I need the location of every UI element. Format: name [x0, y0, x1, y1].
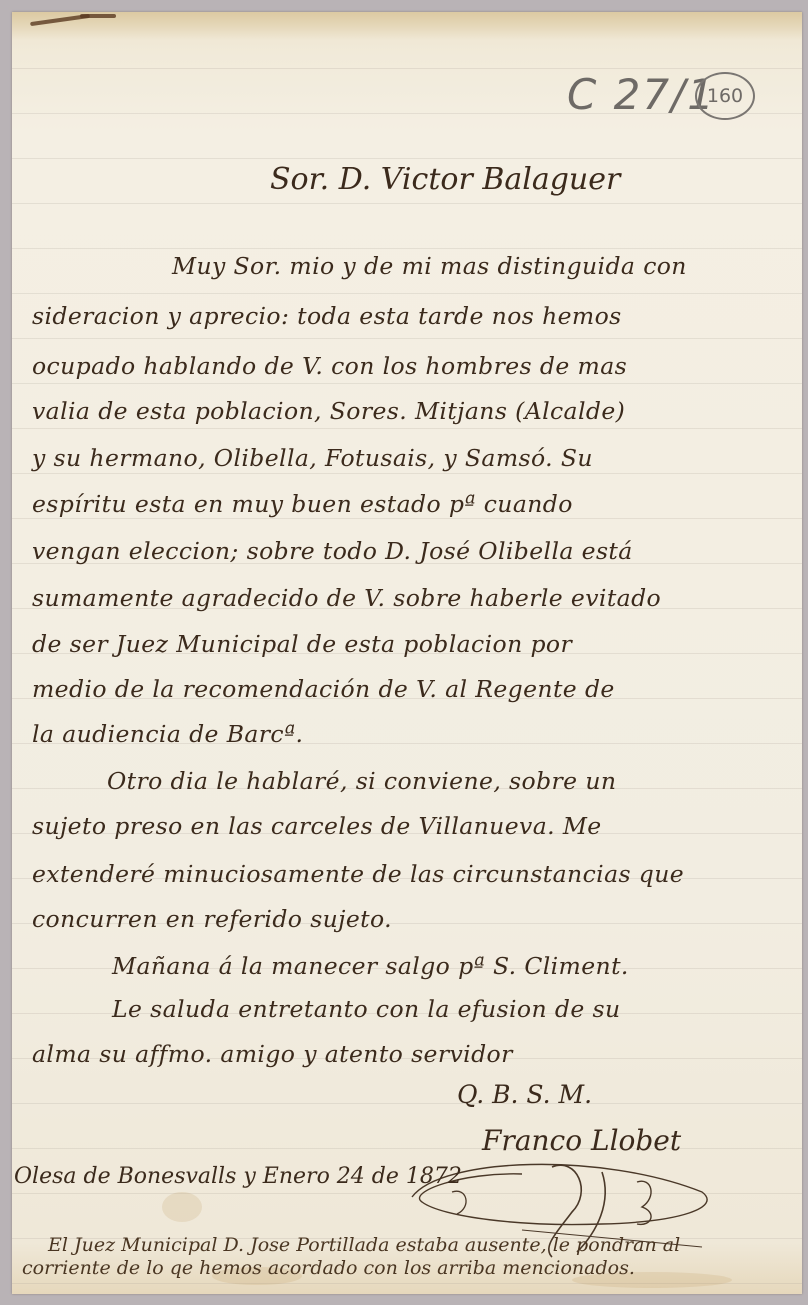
body-line: concurren en referido sujeto.	[32, 905, 392, 933]
body-line: sumamente agradecido de V. sobre haberle…	[32, 584, 661, 612]
body-line: ocupado hablando de V. con los hombres d…	[32, 352, 627, 380]
body-line: medio de la recomendación de V. al Regen…	[32, 675, 615, 703]
paper-stain	[162, 1192, 202, 1222]
body-line: de ser Juez Municipal de esta poblacion …	[32, 630, 572, 658]
paper-tear	[80, 14, 116, 18]
body-line: Mañana á la manecer salgo pª S. Climent.	[112, 952, 629, 980]
body-line: espíritu esta en muy buen estado pª cuan…	[32, 490, 573, 518]
body-line: Le saluda entretanto con la efusion de s…	[112, 995, 621, 1023]
letter-page: C 27/1 160 Sor. D. Victor Balaguer Muy S…	[12, 12, 802, 1294]
dateline: Olesa de Bonesvalls y Enero 24 de 1872	[14, 1164, 462, 1189]
postscript-line: El Juez Municipal D. Jose Portillada est…	[48, 1234, 680, 1256]
body-line: alma su affmo. amigo y atento servidor	[32, 1040, 513, 1068]
body-line: extenderé minuciosamente de las circunst…	[32, 860, 684, 888]
folio-number: 160	[695, 72, 755, 120]
body-line: Otro dia le hablaré, si conviene, sobre …	[107, 767, 616, 795]
body-line: sujeto preso en las carceles de Villanue…	[32, 812, 602, 840]
salutation: Sor. D. Victor Balaguer	[270, 162, 620, 197]
body-line: vengan eleccion; sobre todo D. José Olib…	[32, 537, 633, 565]
body-line: sideracion y aprecio: toda esta tarde no…	[32, 302, 622, 330]
body-line: Muy Sor. mio y de mi mas distinguida con	[172, 252, 687, 280]
body-line: valia de esta poblacion, Sores. Mitjans …	[32, 397, 625, 425]
body-line: y su hermano, Olibella, Fotusais, y Sams…	[32, 444, 593, 472]
body-line: la audiencia de Barcª.	[32, 720, 303, 748]
closing-formula: Q. B. S. M.	[457, 1080, 592, 1109]
postscript-line: corriente de lo qe hemos acordado con lo…	[22, 1257, 635, 1279]
archive-reference: C 27/1	[567, 70, 716, 119]
paper-top-edge	[12, 12, 802, 40]
